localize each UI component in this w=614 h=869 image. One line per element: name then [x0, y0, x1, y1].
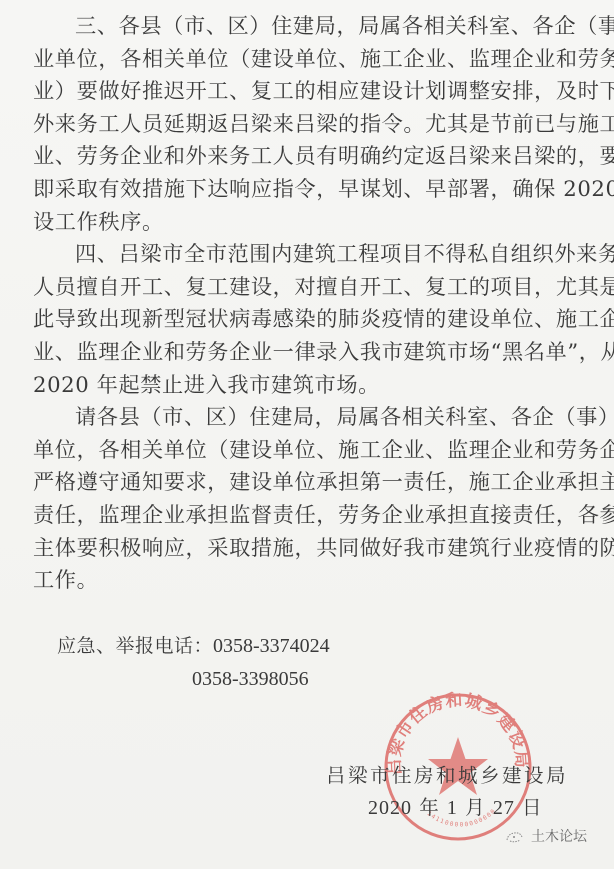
- text-line: 人员擅自开工、复工建设，对擅自开工、复工的项目，尤其是因: [33, 271, 583, 304]
- text-line: 业、劳务企业和外来务工人员有明确约定返吕梁来吕梁的，要立: [33, 140, 583, 173]
- text-line: 外来务工人员延期返吕梁来吕梁的指令。尤其是节前已与施工企: [33, 108, 583, 141]
- issuer-name: 吕梁市住房和城乡建设局: [326, 760, 568, 792]
- contact-label: 应急、举报电话：: [57, 630, 213, 663]
- paragraph-section-3: 三、各县（市、区）住建局，局属各相关科室、各企（事） 业单位，各相关单位（建设单…: [33, 10, 583, 238]
- text-line: 此导致出现新型冠状病毒感染的肺炎疫情的建设单位、施工企: [33, 303, 583, 336]
- text-line: 三、各县（市、区）住建局，局属各相关科室、各企（事）: [33, 10, 583, 43]
- text-line: 单位，各相关单位（建设单位、施工企业、监理企业和劳务企业）: [33, 434, 583, 467]
- contact-row-2: 0358-3398056: [57, 663, 330, 696]
- text-line: 请各县（市、区）住建局，局属各相关科室、各企（事）业: [33, 401, 583, 434]
- phone-number-1: 0358-3374024: [213, 635, 330, 657]
- document-page: 三、各县（市、区）住建局，局属各相关科室、各企（事） 业单位，各相关单位（建设单…: [0, 0, 614, 869]
- contact-block: 应急、举报电话：0358-3374024 0358-3398056: [57, 630, 330, 696]
- text-line: 业）要做好推迟开工、复工的相应建设计划调整安排，及时下达: [33, 75, 583, 108]
- text-line: 即采取有效措施下达响应指令，早谋划、早部署，确保 2020 年建: [33, 173, 583, 206]
- phone-number-2: 0358-3398056: [192, 668, 309, 690]
- text-line: 设工作秩序。: [33, 206, 583, 239]
- paragraph-section-4: 四、吕梁市全市范围内建筑工程项目不得私自组织外来务工 人员擅自开工、复工建设，对…: [33, 238, 583, 401]
- text-line: 严格遵守通知要求，建设单位承担第一责任，施工企业承担主要: [33, 466, 583, 499]
- document-body: 三、各县（市、区）住建局，局属各相关科室、各企（事） 业单位，各相关单位（建设单…: [33, 10, 583, 597]
- text-line: 主体要积极响应，采取措施，共同做好我市建筑行业疫情的防控: [33, 532, 583, 565]
- text-line: 业单位，各相关单位（建设单位、施工企业、监理企业和劳务企: [33, 43, 583, 76]
- contact-row-1: 应急、举报电话：0358-3374024: [57, 630, 330, 663]
- issue-date: 2020 年 1 月 27 日: [326, 792, 568, 824]
- text-line: 2020 年起禁止进入我市建筑市场。: [33, 369, 583, 402]
- text-line: 业、监理企业和劳务企业一律录入我市建筑市场“黑名单”，从: [33, 336, 583, 369]
- text-line: 四、吕梁市全市范围内建筑工程项目不得私自组织外来务工: [33, 238, 583, 271]
- text-line: 工作。: [33, 564, 583, 597]
- paragraph-closing-request: 请各县（市、区）住建局，局属各相关科室、各企（事）业 单位，各相关单位（建设单位…: [33, 401, 583, 597]
- signature-block: 吕梁市住房和城乡建设局 2020 年 1 月 27 日: [326, 760, 568, 824]
- watermark-text: 土木论坛: [531, 826, 587, 846]
- text-line: 责任，监理企业承担监督责任，劳务企业承担直接责任，各参建: [33, 499, 583, 532]
